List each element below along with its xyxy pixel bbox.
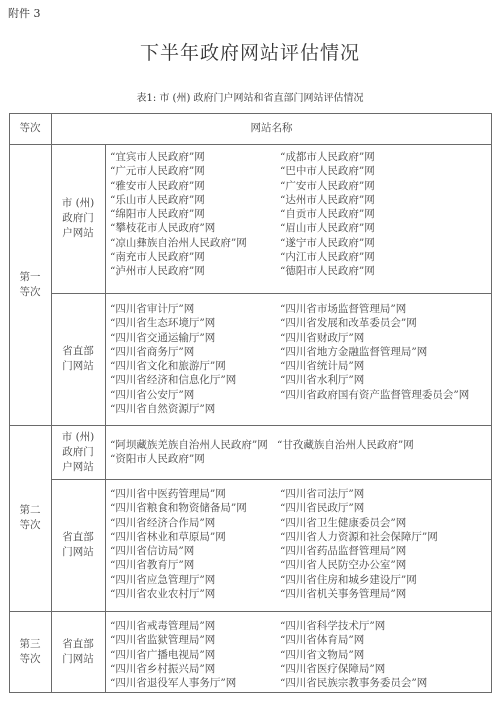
header-site-name: 网站名称 — [51, 113, 492, 144]
name-list-col2: “四川省市场监督管理局”网 “四川省发展和改革委员会”网 “四川省财政厅”网 “… — [280, 302, 469, 402]
list-item: “四川省乡村振兴局”网 — [110, 662, 236, 676]
category-provincial-dept: 省直部 门网站 — [51, 293, 105, 425]
category-provincial-dept: 省直部 门网站 — [51, 479, 105, 611]
list-item: “四川省人力资源和社会保障厅”网 — [280, 530, 438, 544]
list-item: “四川省经济合作局”网 — [110, 516, 247, 530]
list-item: “四川省发展和改革委员会”网 — [280, 316, 469, 330]
list-item: “四川省文化和旅游厅”网 — [110, 359, 236, 373]
list-item: “四川省退役军人事务厅”网 — [110, 676, 236, 690]
row-divider-g1 — [51, 293, 492, 294]
list-item: “甘孜藏族自治州人民政府”网 — [277, 438, 414, 452]
list-item: “乐山市人民政府”网 — [110, 193, 247, 207]
list-item: “四川省药品监督管理局”网 — [280, 544, 438, 558]
grade-label-first: 第一 等次 — [9, 144, 51, 425]
list-item: “四川省广播电视局”网 — [110, 648, 236, 662]
list-item: “四川省生态环境厅”网 — [110, 316, 236, 330]
list-item: “四川省人民防空办公室”网 — [280, 558, 438, 572]
grade-label-second: 第二 等次 — [9, 425, 51, 611]
list-item: “四川省科学技术厅”网 — [280, 619, 427, 633]
list-item: “四川省民族宗教事务委员会”网 — [280, 676, 427, 690]
list-item: “四川省交通运输厅”网 — [110, 331, 236, 345]
name-list-col1: “宜宾市人民政府”网 “广元市人民政府”网 “雅安市人民政府”网 “乐山市人民政… — [110, 150, 247, 279]
list-item: “自贡市人民政府”网 — [280, 207, 375, 221]
list-item: “四川省教育厅”网 — [110, 558, 247, 572]
list-item: “四川省统计局”网 — [280, 359, 469, 373]
row-divider-g2 — [51, 479, 492, 480]
list-item: “四川省戒毒管理局”网 — [110, 619, 236, 633]
name-list-col1: “四川省审计厅”网 “四川省生态环境厅”网 “四川省交通运输厅”网 “四川省商务… — [110, 302, 236, 416]
list-item: “四川省农业农村厅”网 — [110, 587, 247, 601]
name-list-col2: “甘孜藏族自治州人民政府”网 — [277, 438, 414, 452]
list-item: “绵阳市人民政府”网 — [110, 207, 247, 221]
page-title: 下半年政府网站评估情况 — [0, 38, 500, 65]
list-item: “雅安市人民政府”网 — [110, 179, 247, 193]
list-item: “四川省体育局”网 — [280, 633, 427, 647]
list-item: “四川省卫生健康委员会”网 — [280, 516, 438, 530]
list-item: “阿坝藏族羌族自治州人民政府”网 — [110, 438, 268, 452]
name-list-col1: “阿坝藏族羌族自治州人民政府”网 “资阳市人民政府”网 — [110, 438, 268, 467]
list-item: “四川省中医药管理局”网 — [110, 487, 247, 501]
list-item: “四川省司法厅”网 — [280, 487, 438, 501]
list-item: “凉山彝族自治州人民政府”网 — [110, 236, 247, 250]
name-list-col2: “成都市人民政府”网 “巴中市人民政府”网 “广安市人民政府”网 “达州市人民政… — [280, 150, 375, 279]
list-item: “四川省文物局”网 — [280, 648, 427, 662]
list-item: “成都市人民政府”网 — [280, 150, 375, 164]
list-item: “四川省医疗保障局”网 — [280, 662, 427, 676]
list-item: “四川省林业和草原局”网 — [110, 530, 247, 544]
list-item: “巴中市人民政府”网 — [280, 164, 375, 178]
grade-label-third: 第三 等次 — [9, 611, 51, 693]
name-list-col2: “四川省科学技术厅”网 “四川省体育局”网 “四川省文物局”网 “四川省医疗保障… — [280, 619, 427, 690]
category-city-portal: 市 (州) 政府门 户网站 — [51, 425, 105, 479]
list-item: “德阳市人民政府”网 — [280, 264, 375, 278]
list-item: “内江市人民政府”网 — [280, 250, 375, 264]
name-list-col1: “四川省中医药管理局”网 “四川省粮食和物资储备局”网 “四川省经济合作局”网 … — [110, 487, 247, 601]
list-item: “四川省市场监督管理局”网 — [280, 302, 469, 316]
list-item: “四川省自然资源厅”网 — [110, 402, 236, 416]
list-item: “四川省水利厅”网 — [280, 373, 469, 387]
list-item: “遂宁市人民政府”网 — [280, 236, 375, 250]
list-item: “广安市人民政府”网 — [280, 179, 375, 193]
list-item: “南充市人民政府”网 — [110, 250, 247, 264]
list-item: “四川省应急管理厅”网 — [110, 573, 247, 587]
category-provincial-dept: 省直部 门网站 — [51, 611, 105, 693]
list-item: “四川省政府国有资产监督管理委员会”网 — [280, 388, 469, 402]
list-item: “眉山市人民政府”网 — [280, 221, 375, 235]
attachment-label: 附件 3 — [8, 5, 41, 21]
header-grade: 等次 — [9, 113, 51, 144]
list-item: “宜宾市人民政府”网 — [110, 150, 247, 164]
list-item: “攀枝花市人民政府”网 — [110, 221, 247, 235]
list-item: “四川省机关事务管理局”网 — [280, 587, 438, 601]
list-item: “四川省民政厅”网 — [280, 501, 438, 515]
category-column-divider-g2 — [105, 425, 106, 611]
list-item: “达州市人民政府”网 — [280, 193, 375, 207]
list-item: “四川省信访局”网 — [110, 544, 247, 558]
list-item: “四川省监狱管理局”网 — [110, 633, 236, 647]
category-column-divider-g3 — [105, 611, 106, 693]
category-city-portal: 市 (州) 政府门 户网站 — [51, 144, 105, 293]
list-item: “四川省财政厅”网 — [280, 331, 469, 345]
list-item: “四川省粮食和物资储备局”网 — [110, 501, 247, 515]
name-list-col2: “四川省司法厅”网 “四川省民政厅”网 “四川省卫生健康委员会”网 “四川省人力… — [280, 487, 438, 601]
list-item: “泸州市人民政府”网 — [110, 264, 247, 278]
list-item: “资阳市人民政府”网 — [110, 452, 268, 466]
list-item: “四川省商务厅”网 — [110, 345, 236, 359]
list-item: “四川省住房和城乡建设厅”网 — [280, 573, 438, 587]
name-list-col1: “四川省戒毒管理局”网 “四川省监狱管理局”网 “四川省广播电视局”网 “四川省… — [110, 619, 236, 690]
list-item: “四川省公安厅”网 — [110, 388, 236, 402]
category-column-divider-g1 — [105, 144, 106, 425]
list-item: “四川省审计厅”网 — [110, 302, 236, 316]
table-caption: 表1: 市 (州) 政府门户网站和省直部门网站评估情况 — [0, 89, 500, 104]
list-item: “四川省经济和信息化厅”网 — [110, 373, 236, 387]
list-item: “广元市人民政府”网 — [110, 164, 247, 178]
list-item: “四川省地方金融监督管理局”网 — [280, 345, 469, 359]
